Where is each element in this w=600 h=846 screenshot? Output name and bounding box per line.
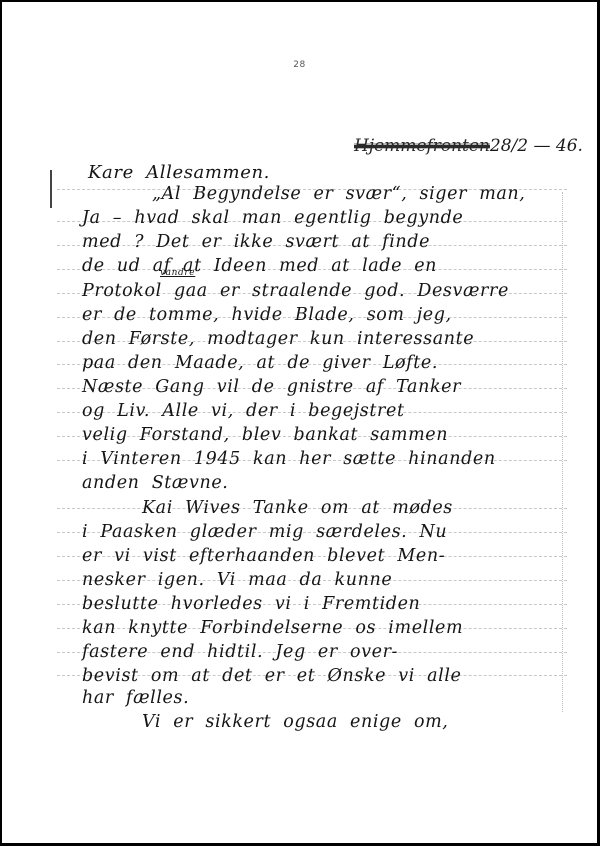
letter-line: Næste Gang vil de gnistre af Tanker — [82, 377, 461, 397]
letter-line: bevist om at det er et Ønske vi alle — [82, 666, 461, 686]
year: 46. — [556, 136, 583, 156]
scan-margin-mark — [50, 170, 52, 208]
letter-line: fastere end hidtil. Jeg er over- — [82, 642, 398, 662]
struck-place-name: Hjemmefronten — [354, 136, 490, 156]
letter-line: „Al Begyndelse er svær“, siger man, — [152, 184, 525, 204]
scan-edge-noise — [562, 192, 565, 712]
date-separator: — — [528, 136, 556, 156]
letter-line: er vi vist efterhaanden blevet Men- — [82, 546, 445, 566]
salutation: Kare Allesammen. — [88, 162, 270, 183]
letter-line: er de tomme, hvide Blade, som jeg, — [82, 305, 452, 325]
date-line: Hjemmefronten28/2 — 46. — [354, 136, 583, 156]
letter-line: beslutte hvorledes vi i Fremtiden — [82, 594, 420, 614]
letter-line: Kai Wives Tanke om at mødes — [142, 498, 453, 518]
letter-line: den Første, modtager kun interessante — [82, 329, 474, 349]
date: 28/2 — [490, 136, 528, 156]
letter-line: i Vinteren 1945 kan her sætte hinanden — [82, 449, 496, 469]
page-number: 28 — [2, 60, 597, 70]
letter-line: i Paasken glæder mig særdeles. Nu — [82, 522, 447, 542]
letter-line: velig Forstand, blev bankat sammen — [82, 425, 448, 445]
letter-line: Ja – hvad skal man egentlig begynde — [82, 208, 463, 228]
letter-line: Protokol gaa er straalende god. Desværre — [82, 281, 509, 301]
letter-page: 28 Hjemmefronten28/2 — 46. Kare Allesamm… — [2, 2, 597, 843]
letter-line: Vi er sikkert ogsaa enige om, — [142, 712, 448, 732]
letter-line: har fælles. — [82, 688, 189, 708]
insertion-above-line: vandre — [160, 268, 195, 278]
letter-line: paa den Maade, at de giver Løfte. — [82, 353, 438, 373]
letter-line: med ? Det er ikke svært at finde — [82, 232, 430, 252]
letter-line: anden Stævne. — [82, 473, 228, 493]
protokol-line-text: Protokol gaa er straalende god. Desværre — [82, 281, 509, 301]
letter-line: nesker igen. Vi maa da kunne — [82, 570, 392, 590]
letter-line: de ud af at Ideen med at lade en — [82, 256, 437, 276]
letter-line: kan knytte Forbindelserne os imellem — [82, 618, 463, 638]
letter-line: og Liv. Alle vi, der i begejstret — [82, 401, 405, 421]
